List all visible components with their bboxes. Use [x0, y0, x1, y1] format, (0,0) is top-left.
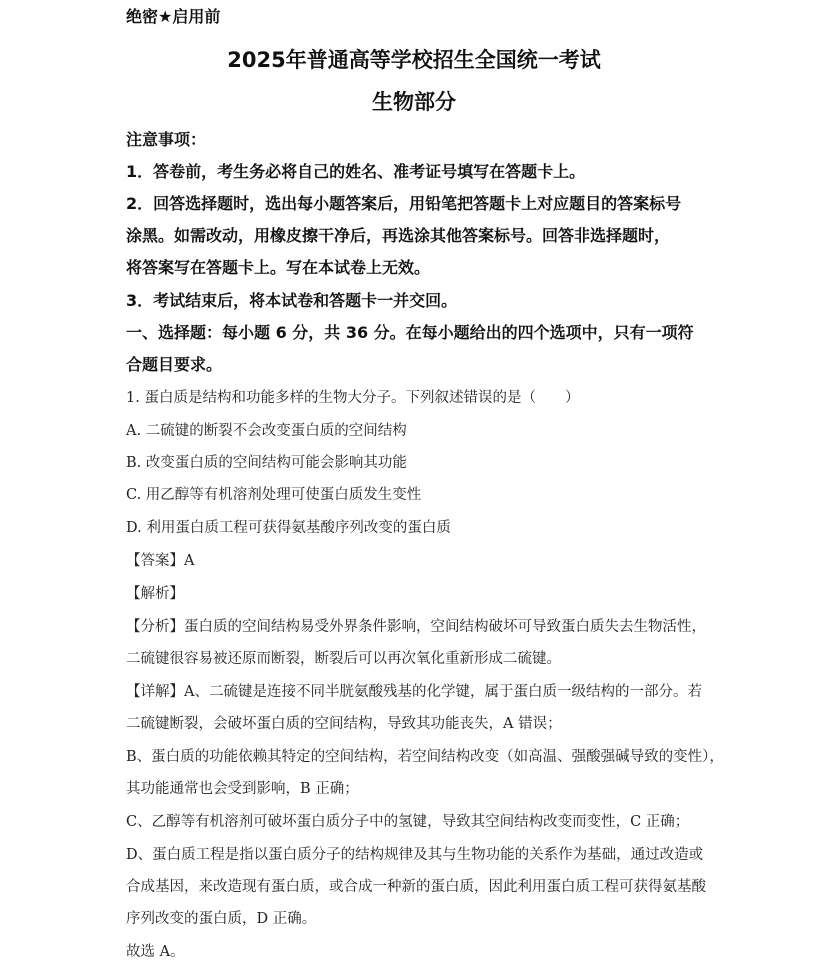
answer-line: 【答案】A	[126, 549, 194, 570]
option-a: A. 二硫键的断裂不会改变蛋白质的空间结构	[126, 419, 407, 440]
exam-page: 绝密★启用前 2025年普通高等学校招生全国统一考试 生物部分 注意事项： 1．…	[0, 0, 828, 961]
answer-value: A	[184, 553, 194, 569]
note-item: 2．回答选择题时，选出每小题答案后，用铅笔把答题卡上对应题目的答案标号	[126, 191, 681, 214]
detail-text: 序列改变的蛋白质，D 正确。	[126, 907, 316, 928]
detail-text: 合成基因，来改造现有蛋白质，或合成一种新的蛋白质，因此利用蛋白质工程可获得氨基酸	[126, 875, 706, 896]
note-item: 将答案写在答题卡上。写在本试卷上无效。	[126, 255, 430, 278]
option-b: B. 改变蛋白质的空间结构可能会影响其功能	[126, 451, 407, 472]
fenxi-text: 蛋白质的空间结构易受外界条件影响，空间结构破坏可导致蛋白质失去生物活性，	[184, 619, 706, 635]
conclusion: 故选 A。	[126, 940, 185, 961]
analysis-label: 【解析】	[126, 582, 184, 603]
fenxi-text: 二硫键很容易被还原而断裂，断裂后可以再次氧化重新形成二硫键。	[126, 647, 561, 668]
answer-label: 【答案】	[126, 553, 184, 569]
detail-text: 其功能通常也会受到影响，B 正确；	[126, 777, 359, 798]
detail-text: A、二硫键是连接不同半胱氨酸残基的化学键，属于蛋白质一级结构的一部分。若	[184, 684, 702, 700]
detail-text: C、乙醇等有机溶剂可破坏蛋白质分子中的氢键，导致其空间结构改变而变性，C 正确；	[126, 810, 689, 831]
detail-text: D、蛋白质工程是指以蛋白质分子的结构规律及其与生物功能的关系作为基础，通过改造或	[126, 843, 703, 864]
note-item: 涂黑。如需改动，用橡皮擦干净后，再选涂其他答案标号。回答非选择题时，	[126, 223, 670, 246]
fenxi-line: 【分析】蛋白质的空间结构易受外界条件影响，空间结构破坏可导致蛋白质失去生物活性，	[126, 615, 706, 636]
option-d: D. 利用蛋白质工程可获得氨基酸序列改变的蛋白质	[126, 516, 451, 537]
note-item: 3．考试结束后，将本试卷和答题卡一并交回。	[126, 288, 457, 311]
detail-line: 【详解】A、二硫键是连接不同半胱氨酸残基的化学键，属于蛋白质一级结构的一部分。若	[126, 680, 702, 701]
detail-label: 【详解】	[126, 684, 184, 700]
detail-text: 二硫键断裂，会破坏蛋白质的空间结构，导致其功能丧失，A 错误；	[126, 712, 562, 733]
note-item: 1．答卷前，考生务必将自己的姓名、准考证号填写在答题卡上。	[126, 159, 585, 182]
notes-heading: 注意事项：	[126, 127, 206, 150]
section-heading: 一、选择题：每小题 6 分，共 36 分。在每小题给出的四个选项中，只有一项符	[126, 320, 694, 343]
detail-text: B、蛋白质的功能依赖其特定的空间结构，若空间结构改变（如高温、强酸强碱导致的变性…	[126, 745, 724, 766]
exam-subtitle: 生物部分	[0, 86, 828, 116]
question-stem: 1. 蛋白质是结构和功能多样的生物大分子。下列叙述错误的是（ ）	[126, 386, 579, 407]
fenxi-label: 【分析】	[126, 619, 184, 635]
option-c: C. 用乙醇等有机溶剂处理可使蛋白质发生变性	[126, 483, 421, 504]
exam-title: 2025年普通高等学校招生全国统一考试	[0, 44, 828, 74]
section-heading-cont: 合题目要求。	[126, 352, 222, 375]
confidential-label: 绝密★启用前	[126, 4, 220, 27]
